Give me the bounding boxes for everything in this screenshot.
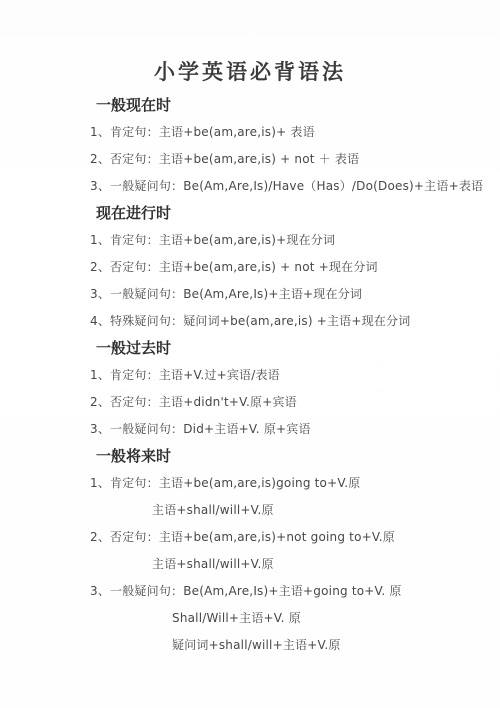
grammar-line: 3、一般疑问句：Be(Am,Are,Is)+主语+现在分词 — [90, 286, 486, 302]
section-heading: 现在进行时 — [96, 205, 486, 221]
section-heading: 一般将来时 — [96, 448, 486, 464]
document-body: 一般现在时 1、肯定句：主语+be(am,are,is)+ 表语 2、否定句：主… — [90, 97, 486, 653]
document-page: 小学英语必背语法 一般现在时 1、肯定句：主语+be(am,are,is)+ 表… — [0, 0, 500, 708]
grammar-line: 1、肯定句：主语+be(am,are,is)going to+V.原 — [90, 475, 486, 491]
section-heading: 一般过去时 — [96, 340, 486, 356]
grammar-line-continuation: Shall/Will+主语+V. 原 — [90, 610, 486, 626]
grammar-line: 2、否定句：主语+didn't+V.原+宾语 — [90, 394, 486, 410]
grammar-line: 1、肯定句：主语+be(am,are,is)+ 表语 — [90, 124, 486, 140]
section-present-continuous: 现在进行时 1、肯定句：主语+be(am,are,is)+现在分词 2、否定句：… — [90, 205, 486, 329]
grammar-line-continuation: 疑问词+shall/will+主语+V.原 — [90, 637, 486, 653]
section-simple-past: 一般过去时 1、肯定句：主语+V.过+宾语/表语 2、否定句：主语+didn't… — [90, 340, 486, 437]
grammar-line: 2、否定句：主语+be(am,are,is)+not going to+V.原 — [90, 529, 486, 545]
grammar-line-continuation: 主语+shall/will+V.原 — [90, 502, 486, 518]
section-simple-future: 一般将来时 1、肯定句：主语+be(am,are,is)going to+V.原… — [90, 448, 486, 653]
grammar-line: 3、一般疑问句：Did+主语+V. 原+宾语 — [90, 421, 486, 437]
grammar-line: 3、一般疑问句：Be(Am,Are,Is)+主语+going to+V. 原 — [90, 583, 486, 599]
page-title: 小学英语必背语法 — [0, 0, 500, 86]
grammar-line: 3、一般疑问句：Be(Am,Are,Is)/Have（Has）/Do(Does)… — [90, 178, 486, 194]
grammar-line: 2、否定句：主语+be(am,are,is) + not ＋ 表语 — [90, 151, 486, 167]
section-heading: 一般现在时 — [96, 97, 486, 113]
grammar-line: 1、肯定句：主语+be(am,are,is)+现在分词 — [90, 232, 486, 248]
grammar-line-continuation: 主语+shall/will+V.原 — [90, 556, 486, 572]
grammar-line: 4、特殊疑问句：疑问词+be(am,are,is) +主语+现在分词 — [90, 313, 486, 329]
grammar-line: 1、肯定句：主语+V.过+宾语/表语 — [90, 367, 486, 383]
section-simple-present: 一般现在时 1、肯定句：主语+be(am,are,is)+ 表语 2、否定句：主… — [90, 97, 486, 194]
grammar-line: 2、否定句：主语+be(am,are,is) + not +现在分词 — [90, 259, 486, 275]
